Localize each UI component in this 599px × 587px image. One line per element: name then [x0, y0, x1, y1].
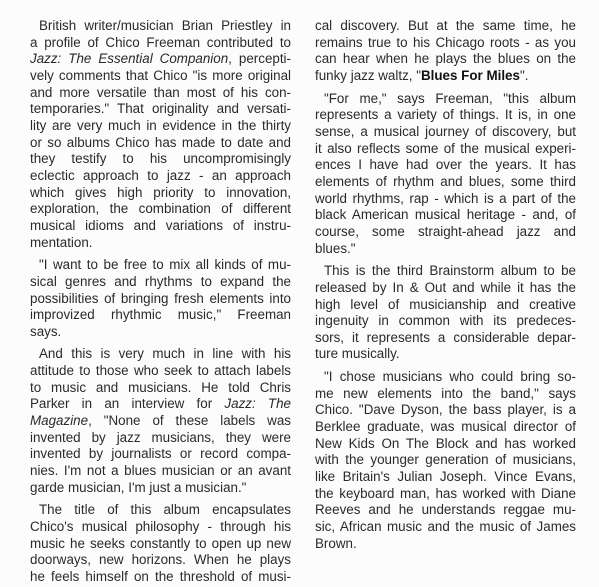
text-line: ture musically. — [315, 346, 576, 363]
text-line: Brown. — [315, 536, 576, 553]
paragraph: cal discovery. But at the same time, her… — [315, 18, 576, 85]
text-line: Reeves and he understands reggae mu- — [315, 502, 576, 519]
paragraph: And this is very much in line with hisat… — [30, 346, 291, 496]
text-line: Parker in an interview for Jazz: The — [30, 396, 291, 413]
text-line: lity are very much in evidence in the th… — [30, 118, 291, 135]
text-line: music he seeks constantly to open up new — [30, 536, 291, 553]
text-line: vely comments that Chico "is more origin… — [30, 68, 291, 85]
text-line: British writer/musician Brian Priestley … — [30, 18, 291, 35]
text-line: sical genres and rhythms to expand the — [30, 274, 291, 291]
text-line: ences I have had over the years. It has — [315, 157, 576, 174]
text-line: New Kids On The Block and has worked — [315, 436, 576, 453]
text-line: improvized rhythmic music," Freeman — [30, 307, 291, 324]
paragraph: "For me," says Freeman, "this albumrepre… — [315, 91, 576, 258]
text-line: released by In & Out and while it has th… — [315, 280, 576, 297]
paragraph: The title of this album encapsulatesChic… — [30, 502, 291, 585]
paragraph: "I want to be free to mix all kinds of m… — [30, 257, 291, 340]
text-line: eclectic approach to jazz - an approach — [30, 168, 291, 185]
text-line: doorways, new horizons. When he plays — [30, 552, 291, 569]
text-line: mentation. — [30, 235, 291, 252]
text-line: they testify to his uncompromisingly — [30, 151, 291, 168]
text-line: sors, it represents a considerable depar… — [315, 330, 576, 347]
text-line: nies. I'm not a blues musician or an ava… — [30, 463, 291, 480]
text-line: course, some straight-ahead jazz and — [315, 224, 576, 241]
italic-title: Jazz: The Essential Companion — [30, 51, 228, 66]
text-line: invented by jazz musicians, they were — [30, 430, 291, 447]
left-column: British writer/musician Brian Priestley … — [30, 18, 291, 587]
text-line: he feels himself on the threshold of mus… — [30, 569, 291, 586]
text-line: And this is very much in line with his — [30, 346, 291, 363]
text-line: "I chose musicians who could bring so- — [315, 369, 576, 386]
text-line: "I want to be free to mix all kinds of m… — [30, 257, 291, 274]
text-line: can hear when he plays the blues on the — [315, 51, 576, 68]
text-line: says. — [30, 324, 291, 341]
paragraph: British writer/musician Brian Priestley … — [30, 18, 291, 251]
liner-notes-page: British writer/musician Brian Priestley … — [0, 0, 599, 587]
text-line: Jazz: The Essential Companion, percepti- — [30, 51, 291, 68]
text-line: with the younger generation of musicians… — [315, 452, 576, 469]
text-line: elements of rhythm and blues, some third — [315, 174, 576, 191]
text-line: Chico's musical philosophy - through his — [30, 519, 291, 536]
text-line: temporaries." That originality and versa… — [30, 101, 291, 118]
text-line: "For me," says Freeman, "this album — [315, 91, 576, 108]
text-line: it also reflects some of the musical exp… — [315, 141, 576, 158]
italic-title: Jazz: The — [224, 396, 291, 411]
text-line: represents a variety of things. It is, i… — [315, 107, 576, 124]
text-line: invented by journalists or record compa- — [30, 446, 291, 463]
text-line: Magazine, "None of these labels was — [30, 413, 291, 430]
text-line: which gives high priority to innovation, — [30, 185, 291, 202]
text-line: garde musician, I'm just a musician." — [30, 480, 291, 497]
text-line: possibilities of bringing fresh elements… — [30, 291, 291, 308]
bold-song-title: Blues For Miles — [421, 68, 520, 83]
text-line: ingenuity in common with its predeces- — [315, 313, 576, 330]
text-line: a profile of Chico Freeman contributed t… — [30, 35, 291, 52]
text-line: cal discovery. But at the same time, he — [315, 18, 576, 35]
text-line: sense, a musical journey of discovery, b… — [315, 124, 576, 141]
text-line: like Britain's Julian Joseph. Vince Evan… — [315, 469, 576, 486]
text-line: attitude to those who seek to attach lab… — [30, 363, 291, 380]
text-line: The title of this album encapsulates — [30, 502, 291, 519]
text-line: or so albums Chico has made to date and — [30, 135, 291, 152]
paragraph: This is the third Brainstorm album to be… — [315, 263, 576, 363]
text-line: the keyboard man, has worked with Diane — [315, 486, 576, 503]
text-line: Chico. "Dave Dyson, the bass player, is … — [315, 402, 576, 419]
text-line: This is the third Brainstorm album to be — [315, 263, 576, 280]
text-line: high level of musicianship and creative — [315, 297, 576, 314]
text-line: black American musical heritage - and, o… — [315, 207, 576, 224]
text-line: musical idioms and variations of instru- — [30, 218, 291, 235]
text-line: and more versatile than most of his con- — [30, 85, 291, 102]
text-line: world rhythms, rap - which is a part of … — [315, 191, 576, 208]
italic-title: Magazine — [30, 413, 88, 428]
right-column: cal discovery. But at the same time, her… — [315, 18, 576, 558]
text-line: exploration, the combination of differen… — [30, 201, 291, 218]
text-line: me new elements into the band," says — [315, 386, 576, 403]
paragraph: "I chose musicians who could bring so-me… — [315, 369, 576, 552]
text-line: remains true to his Chicago roots - as y… — [315, 35, 576, 52]
text-line: blues." — [315, 241, 576, 258]
text-line: sic, African music and the music of Jame… — [315, 519, 576, 536]
text-line: funky jazz waltz, "Blues For Miles". — [315, 68, 576, 85]
text-line: to music and musicians. He told Chris — [30, 380, 291, 397]
text-line: Berklee graduate, was musical director o… — [315, 419, 576, 436]
